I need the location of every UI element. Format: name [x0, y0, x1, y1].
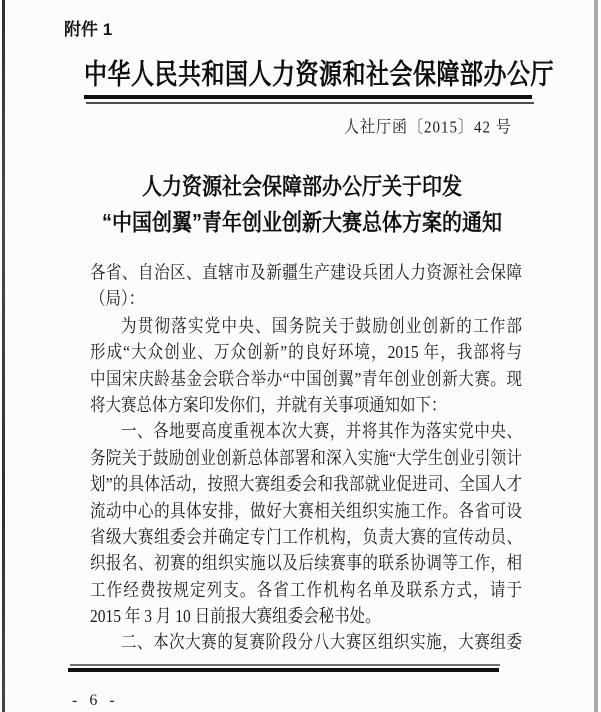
body-line: 流动中心的具体安排，做好大赛相关组织实施工作。各省可设立	[90, 499, 522, 525]
letterhead-org-name: 中华人民共和国人力资源和社会保障部办公厅	[84, 52, 532, 92]
body-line: 工作经费按规定列支。各省工作机构名单及联系方式，请于	[90, 578, 522, 604]
document-title: 人力资源社会保障部办公厅关于印发 “中国创翼”青年创业创新大赛总体方案的通知	[78, 170, 526, 241]
attachment-label: 附件 1	[64, 15, 112, 40]
title-line-2: “中国创翼”青年创业创新大赛总体方案的通知	[78, 206, 526, 242]
letterhead-rule-thick	[84, 95, 532, 99]
document-number: 人社厅函〔2015〕42 号	[344, 114, 512, 138]
scanned-document-page: 附件 1 中华人民共和国人力资源和社会保障部办公厅 人社厅函〔2015〕42 号…	[0, 0, 601, 712]
body-line: 织报名、初赛的组织实施以及后续赛事的联系协调等工作，相关	[90, 552, 522, 578]
document-body: 各省、自治区、直辖市及新疆生产建设兵团人力资源社会保障厅 （局）： 为贯彻落实党…	[90, 261, 522, 657]
footer-rule-thick	[68, 668, 499, 672]
body-line: 划”的具体活动，按照大赛组委会和我部就业促进司、全国人才	[90, 472, 522, 498]
body-line: 各省、自治区、直辖市及新疆生产建设兵团人力资源社会保障厅	[90, 261, 522, 287]
scan-border-left	[2, 0, 5, 712]
body-line: （局）：	[90, 287, 522, 313]
body-line: 一、各地要高度重视本次大赛，并将其作为落实党中央、国	[90, 420, 522, 446]
body-line: 省级大赛组委会并确定专门工作机构，负责大赛的宣传动员、组	[90, 525, 522, 551]
footer-rule-thin	[70, 664, 500, 666]
body-line: 务院关于鼓励创业创新总体部署和深入实施“大学生创业引领计	[90, 446, 522, 472]
body-line: 中国宋庆龄基金会联合举办“中国创翼”青年创业创新大赛。现	[90, 367, 522, 393]
body-line: 将大赛总体方案印发你们，并就有关事项通知如下：	[90, 393, 522, 419]
body-line: 为贯彻落实党中央、国务院关于鼓励创业创新的工作部署，	[90, 314, 522, 340]
scan-border-right	[594, 0, 598, 712]
body-line: 2015 年 3 月 10 日前报大赛组委会秘书处。	[90, 604, 522, 630]
letterhead-rule-thin	[86, 102, 534, 104]
body-line: 二、本次大赛的复赛阶段分八大赛区组织实施，大赛组委会	[90, 631, 522, 657]
page-number: - 6 -	[72, 692, 119, 710]
body-line: 形成“大众创业、万众创新”的良好环境，2015 年，我部将与	[90, 340, 522, 366]
title-line-1: 人力资源社会保障部办公厅关于印发	[78, 170, 526, 206]
